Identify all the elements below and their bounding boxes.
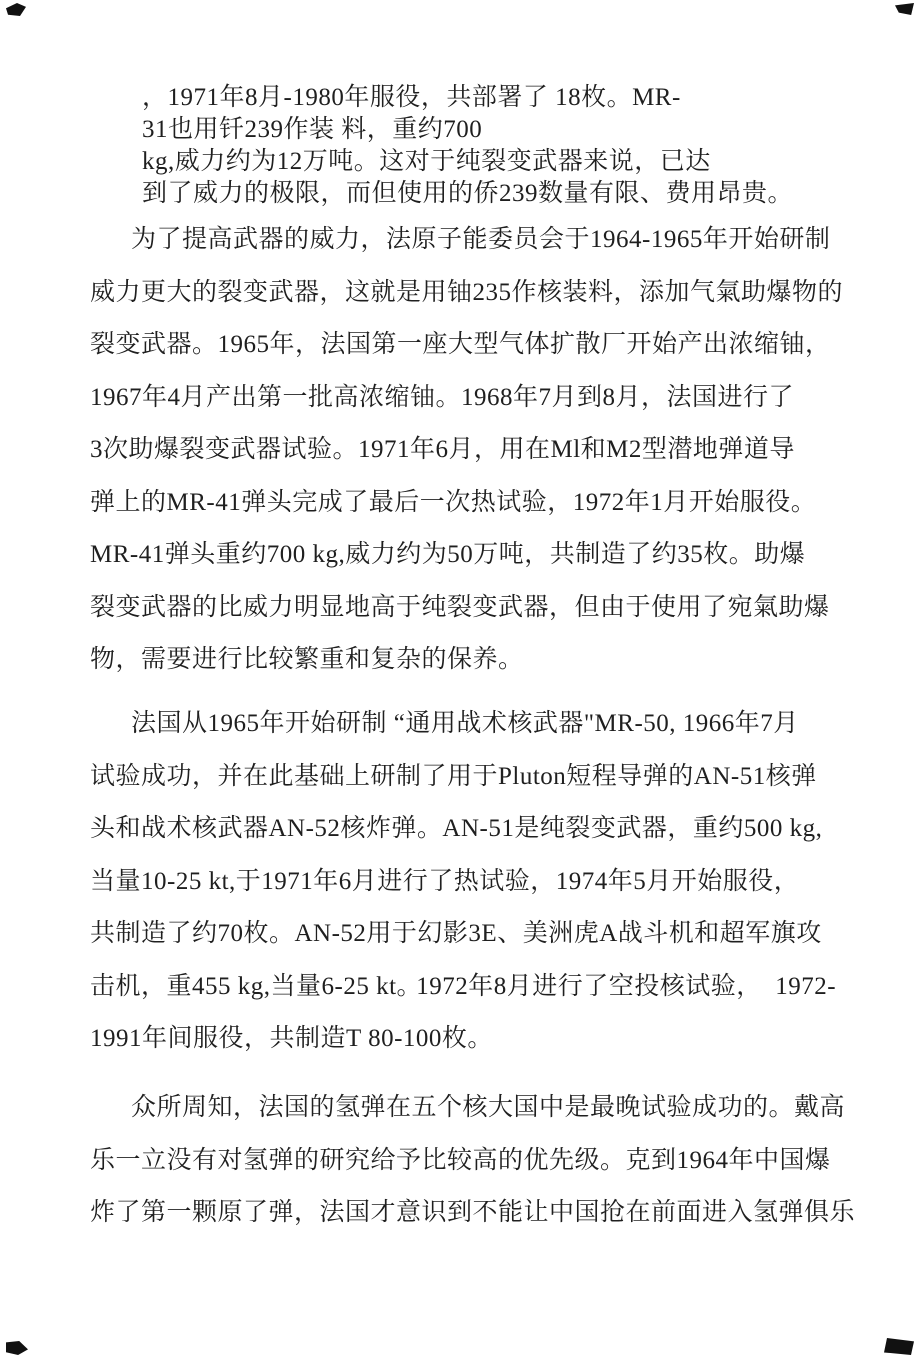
text-line: 裂变武器的比威力明显地高于纯裂变武器，但由于使用了宛氣助爆: [0, 582, 920, 635]
text-line: MR-41弹头重约700 kg,威力约为50万吨，共制造了约35枚。助爆: [0, 529, 920, 582]
text-line: 头和战术核武器AN-52核炸弹。AN-51是纯裂变武器，重约500 kg,: [0, 803, 920, 856]
text-line: 击机，重455 kg,当量6-25 kt｡ 1972年8月进行了空投核试验， 1…: [0, 961, 920, 1014]
text-line: 裂变武器。1965年，法国第一座大型气体扩散厂开始产出浓缩铀，: [0, 319, 920, 372]
corner-mark-bottom-left: [6, 1341, 28, 1355]
corner-mark-bottom-right: [884, 1338, 914, 1355]
text-line: 试验成功，并在此基础上研制了用于Pluton短程导弹的AN-51核弹: [0, 751, 920, 804]
text-line: 31也用钎239作装 料，重约700: [0, 114, 920, 146]
text-line: 当量10-25 kt,于1971年6月进行了热试验，1974年5月开始服役，: [0, 856, 920, 909]
text-line: 弹上的MR-41弹头完成了最后一次热试验，1972年1月开始服役。: [0, 477, 920, 530]
text-line: ，1971年8月-1980年服役，共部署了 18枚。MR-: [0, 82, 920, 114]
text-line: kg,威力约为12万吨。这对于纯裂变武器来说，已达: [0, 146, 920, 178]
text-line: 乐一立没有对氢弹的研究给予比较高的优先级。克到1964年中国爆: [0, 1135, 920, 1188]
corner-mark-top-right: [895, 3, 914, 15]
text-line: 1967年4月产出第一批高浓缩铀。1968年7月到8月，法国进行了: [0, 372, 920, 425]
text-line: 炸了第一颗原了弹，法国才意识到不能让中国抢在前面进入氢弹俱乐: [0, 1187, 920, 1240]
corner-mark-top-left: [6, 3, 26, 16]
paragraph-hydrogen-bomb: 众所周知，法国的氢弹在五个核大国中是最晚试验成功的。戴高 乐一立没有对氢弹的研究…: [0, 1082, 920, 1240]
text-line: 1991年间服役，共制造T 80-100枚。: [0, 1013, 920, 1066]
intro-fragment-block: ，1971年8月-1980年服役，共部署了 18枚。MR- 31也用钎239作装…: [0, 82, 920, 210]
text-line: 共制造了约70枚。AN-52用于幻影3E、美洲虎A战斗机和超军旗攻: [0, 908, 920, 961]
paragraph-boosted-fission: 为了提高武器的威力，法原子能委员会于1964-1965年开始研制 威力更大的裂变…: [0, 214, 920, 687]
text-line: 法国从1965年开始研制 “通用战术核武器"MR-50, 1966年7月: [0, 698, 920, 751]
text-line: 为了提高武器的威力，法原子能委员会于1964-1965年开始研制: [0, 214, 920, 267]
document-page: ，1971年8月-1980年服役，共部署了 18枚。MR- 31也用钎239作装…: [0, 0, 920, 1359]
text-line: 众所周知，法国的氢弹在五个核大国中是最晚试验成功的。戴高: [0, 1082, 920, 1135]
text-line: 威力更大的裂变武器，这就是用铀235作核装料，添加气氣助爆物的: [0, 267, 920, 320]
text-line: 物，需要进行比较繁重和复杂的保养。: [0, 634, 920, 687]
text-line: 3次助爆裂变武器试验。1971年6月，用在Ml和M2型潜地弹道导: [0, 424, 920, 477]
paragraph-tactical-weapons: 法国从1965年开始研制 “通用战术核武器"MR-50, 1966年7月 试验成…: [0, 698, 920, 1066]
text-line: 到了威力的极限，而但使用的侨239数量有限、费用昂贵。: [0, 178, 920, 210]
